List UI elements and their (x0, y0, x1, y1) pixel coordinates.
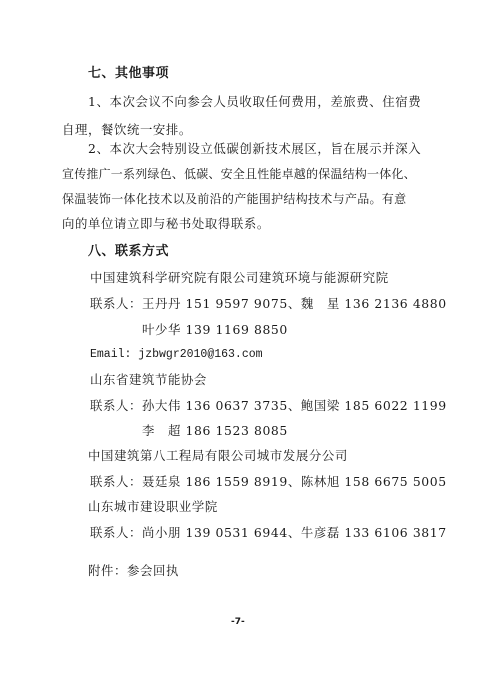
item-2-line-1: 2、本次大会特别设立低碳创新技术展区，旨在展示并深入 (88, 141, 421, 157)
org-2-name: 山东省建筑节能协会 (90, 372, 207, 388)
item-2-line-4: 向的单位请立即与秘书处取得联系。 (62, 216, 270, 232)
item-1-line-1: 1、本次会议不向参会人员收取任何费用，差旅费、住宿费 (88, 94, 421, 110)
org-1-contacts-line-1: 联系人：王丹丹 151 9597 9075、魏 星 136 2136 4880 (90, 296, 447, 312)
page-number: -7- (231, 617, 245, 627)
org-4-contacts: 联系人：尚小朋 139 0531 6944、牛彦磊 133 6106 3817 (90, 525, 447, 541)
email-line: Email: jzbwgr2010@163.com (90, 347, 263, 363)
org-1-contacts-line-2: 叶少华 139 1169 8850 (142, 322, 288, 338)
section-7-heading: 七、其他事项 (88, 66, 169, 82)
org-2-contacts-line-1: 联系人：孙大伟 136 0637 3735、鲍国梁 185 6022 1199 (90, 398, 447, 414)
item-2-line-2: 宣传推广一系列绿色、低碳、安全且性能卓越的保温结构一体化、 (62, 166, 416, 182)
org-1-name: 中国建筑科学研究院有限公司建筑环境与能源研究院 (90, 270, 389, 286)
attachment-note: 附件：参会回执 (88, 563, 179, 579)
org-3-contacts: 联系人：聂廷泉 186 1559 8919、陈林旭 158 6675 5005 (90, 474, 447, 490)
org-2-contacts-line-2: 李 超 186 1523 8085 (142, 423, 288, 439)
org-3-name: 中国建筑第八工程局有限公司城市发展分公司 (88, 448, 348, 464)
item-2-line-3: 保温装饰一体化技术以及前沿的产能围护结构技术与产品。有意 (62, 191, 406, 207)
section-8-heading: 八、联系方式 (88, 244, 169, 260)
org-4-name: 山东城市建设职业学院 (88, 499, 218, 515)
item-1-line-2: 自理，餐饮统一安排。 (62, 122, 192, 138)
